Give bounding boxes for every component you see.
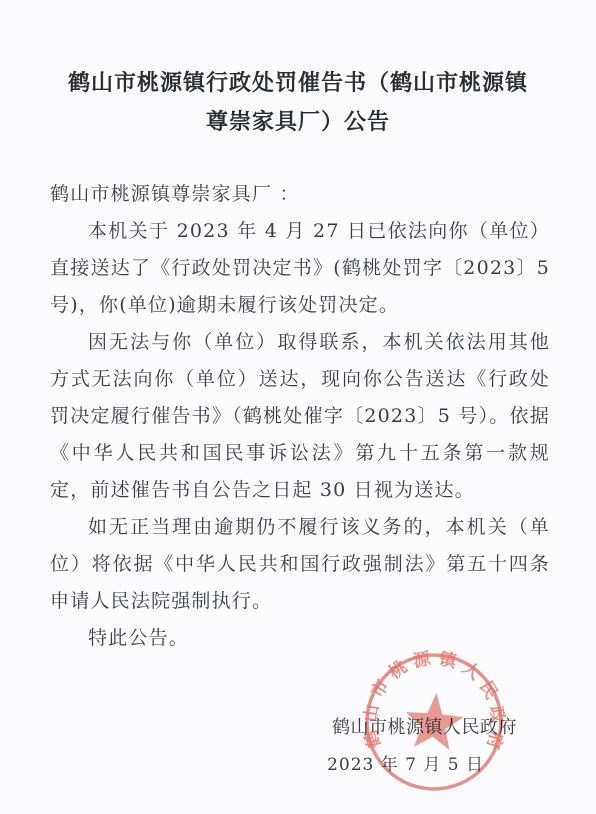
recipient-line: 鹤山市桃源镇尊崇家具厂 ： (50, 176, 550, 213)
document-title-line1: 鹤山市桃源镇行政处罚催告书（鹤山市桃源镇 (0, 64, 596, 103)
paragraph-3: 如无正当理由逾期仍不履行该义务的，本机关（单位）将依据《中华人民共和国行政强制法… (50, 509, 550, 620)
document-title-line2: 尊崇家具厂）公告 (0, 103, 596, 142)
issue-date: 2023 年 7 月 5 日 (0, 750, 484, 775)
closing-line: 特此公告。 (50, 620, 550, 657)
svg-text:鹤山市桃源镇人民政府: 鹤山市桃源镇人民政府 (358, 644, 512, 763)
paragraph-2: 因无法与你（单位）取得联系，本机关依法用其他方式无法向你（单位）送达，现向你公告… (50, 324, 550, 509)
document-title: 鹤山市桃源镇行政处罚催告书（鹤山市桃源镇 尊崇家具厂）公告 (0, 64, 596, 142)
document-body: 鹤山市桃源镇尊崇家具厂 ： 本机关于 2023 年 4 月 27 日已依法向你（… (50, 176, 550, 657)
announcement-document: 鹤山市桃源镇行政处罚催告书（鹤山市桃源镇 尊崇家具厂）公告 鹤山市桃源镇尊崇家具… (0, 0, 596, 814)
seal-arc-text: 鹤山市桃源镇人民政府 (358, 644, 512, 763)
issuer-signature: 鹤山市桃源镇人民政府 (0, 713, 517, 739)
paragraph-1: 本机关于 2023 年 4 月 27 日已依法向你（单位）直接送达了《行政处罚决… (50, 213, 550, 324)
